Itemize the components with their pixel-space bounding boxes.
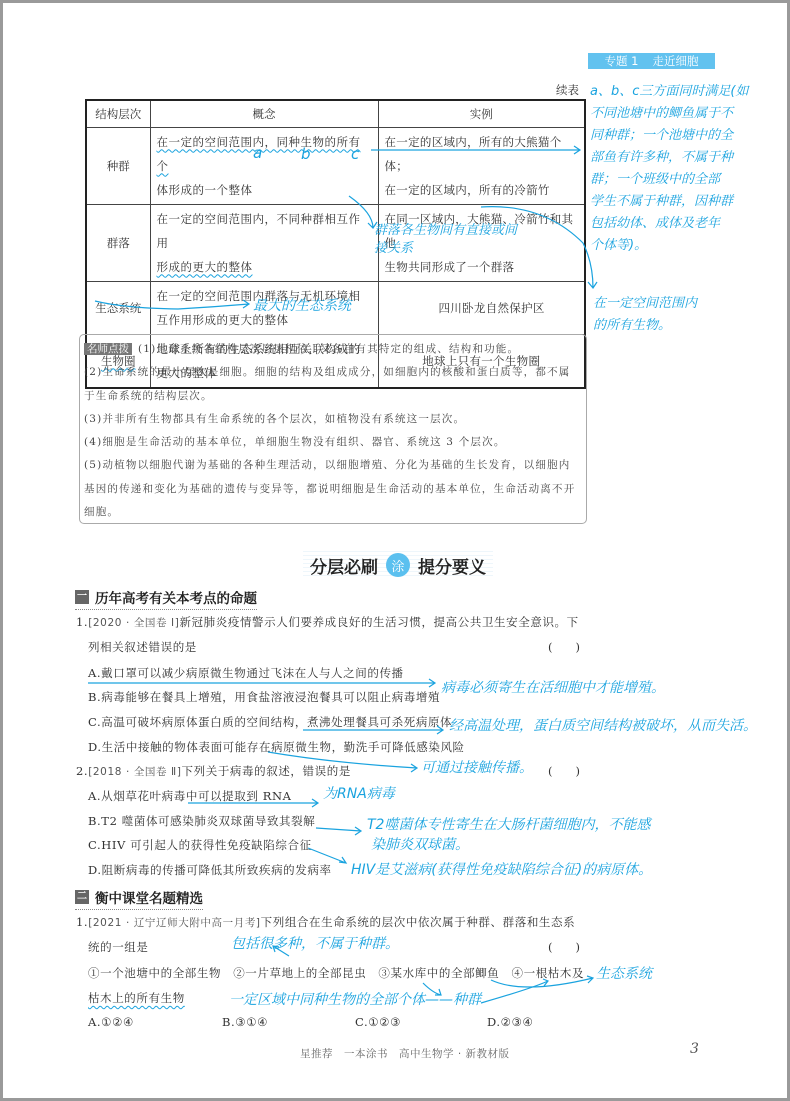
annot-a: a [253,144,262,162]
textbook-page: 专题 1 走近细胞 续表 结构层次 概念 实例 种群 在一定的空间范围内，同种生… [3,3,787,1098]
note-line: 在一定空间范围内 [593,293,697,315]
choice-b[interactable]: B.③①④ [222,1015,268,1029]
note-line: 学生不属于种群，因种群 [590,191,785,213]
option-d[interactable]: D.阻断病毒的传播可降低其所致疾病的发病率 [88,862,332,878]
header-concept: 概念 [150,100,378,127]
topic-title: 走近细胞 [652,53,698,69]
option-d[interactable]: D.生活中接触的物体表面可能存在病原微生物，勤洗手可降低感染风险 [88,739,465,755]
option-a[interactable]: A.戴口罩可以减少病原微生物通过飞沫在人与人之间的传播 [88,665,404,681]
page-footer: 星推荐 一本涂书 高中生物学 · 新教材版 [300,1046,510,1061]
question-source: [2020 · 全国卷 Ⅰ] [88,617,179,629]
question-2-stem: 2.[2018 · 全国卷 Ⅱ]下列关于病毒的叙述，错误的是 [76,763,351,779]
banner-circle-icon: 涂 [386,553,410,577]
header-level: 结构层次 [86,100,150,127]
question-text: 下列关于病毒的叙述，错误的是 [182,764,351,778]
example-text: 在一定的区域内，所有的冷箭竹 [385,183,550,197]
question-3-stem: 1.[2021 · 辽宁辽师大附中高一月考]下列组合在生命系统的层次中依次属于种… [76,914,575,930]
question-number: 2. [76,764,88,778]
note-line: 群落各生物间有直接或间 [374,222,517,240]
tip-item: (3)并非所有生物都具有生命系统的各个层次，如植物没有系统这一层次。 [84,408,582,431]
table-header-row: 结构层次 概念 实例 [86,100,585,127]
note-line: 群；一个班级中的全部 [590,169,785,191]
concept-text: 形成的更大的整体 [157,260,253,274]
section-mark-icon: 二 [75,890,89,904]
page-number: 3 [690,1041,699,1057]
side-note-community: 在一定空间范围内 的所有生物。 [593,293,697,337]
banner-left-text: 分层必刷 [310,553,378,578]
note-line: 接关系 [374,240,517,258]
side-note-population: a、b、c三方面同时满足(如 不同池塘中的鲫鱼属于不 同种群；一个池塘中的全 部… [590,81,785,257]
section1-heading: 一 历年高考有关本考点的命题 [75,587,257,610]
banner-right-text: 提分要义 [418,553,486,578]
tips-badge: 名师点拨 [84,343,132,355]
level-cell: 生态系统 [86,281,150,334]
q1-b-note: 病毒必须寄生在活细胞中才能增殖。 [441,677,665,697]
example-text: 四川卧龙自然保护区 [439,301,545,315]
answer-blank[interactable]: ( ) [548,639,580,655]
note-line: 不同池塘中的鲫鱼属于不 [590,103,785,125]
topic-number: 专题 1 [605,53,639,69]
level-cell: 种群 [86,127,150,204]
q2-a-note: 为RNA病毒 [323,783,395,803]
section2-heading: 二 衡中课堂名题精选 [75,887,203,910]
concept-cell: 在一定的空间范围内，不同种群相互作用 形成的更大的整体 [150,204,378,281]
note-line: 部鱼有许多种，不属于种 [590,147,785,169]
concept-text: 在一定的空间范围内，不同种群相互作用 [157,212,361,250]
concept-text: 体形成的一个整体 [157,183,253,197]
tip-item: 名师点拨(1)生命系统各结构层次层层相依，又各自有其特定的组成、结构和功能。 [84,338,582,361]
question-number: 1. [76,915,88,929]
option-c[interactable]: C.HIV 可引起人的获得性免疫缺陷综合征 [88,837,312,853]
question-source: [2018 · 全国卷 Ⅱ] [88,766,181,778]
option-a[interactable]: A.从烟草花叶病毒中可以提取到 RNA [88,788,292,804]
tip-item: (4)细胞是生命活动的基本单位，单细胞生物没有组织、器官、系统这 3 个层次。 [84,431,582,454]
question-3-stem-cont: 统的一组是 [88,939,149,955]
question-number: 1. [76,615,88,629]
note-line: T2噬菌体专性寄生在大肠杆菌细胞内，不能感 [367,815,650,835]
q2-b-note: T2噬菌体专性寄生在大肠杆菌细胞内，不能感 染肺炎双球菌。 [367,815,650,855]
q3-note-many-species: 包括很多种，不属于种群。 [231,933,399,953]
question-text: 下列组合在生命系统的层次中依次属于种群、群落和生态系 [261,915,576,929]
question-3-items-cont: 枯木上的所有生物 [88,990,185,1006]
example-text: 在一定的区域内，所有的大熊猫个体； [385,135,562,173]
option-b[interactable]: B.T2 噬菌体可感染肺炎双球菌导致其裂解 [88,813,315,829]
ecosystem-note: 群落各生物间有直接或间 接关系 [374,222,517,258]
note-line: 个体等)。 [590,235,785,257]
choice-c[interactable]: C.①②③ [355,1015,401,1029]
note-line: a、b、c三方面同时满足(如 [590,81,785,103]
section-title: 历年高考有关本考点的命题 [95,587,257,607]
example-cell: 四川卧龙自然保护区 [378,281,585,334]
concept-cell: 在一定的空间范围内，同种生物的所有个 体形成的一个整体 [150,127,378,204]
example-cell: 在一定的区域内，所有的大熊猫个体； 在一定的区域内，所有的冷箭竹 [378,127,585,204]
topic-tag: 专题 1 走近细胞 [588,53,715,69]
tip-item: (5)动植物以细胞代谢为基础的各种生理活动，以细胞增殖、分化为基础的生长发育，以… [84,454,582,524]
arrow-icon [308,848,346,863]
note-line: 染肺炎双球菌。 [367,835,650,855]
question-text: 新冠肺炎疫情警示人们要养成良好的生活习惯，提高公共卫生安全意识。下 [179,615,578,629]
question-1-stem: 1.[2020 · 全国卷 Ⅰ]新冠肺炎疫情警示人们要养成良好的生活习惯，提高公… [76,614,579,630]
example-text: 生物共同形成了一个群落 [385,260,515,274]
item-text: 枯木上的所有生物 [88,991,185,1005]
q1-d-note: 可通过接触传播。 [421,757,533,777]
question-source: [2021 · 辽宁辽师大附中高一月考] [88,917,260,929]
continued-label: 续表 [556,82,579,98]
section-title: 衡中课堂名题精选 [95,887,203,907]
table-row: 种群 在一定的空间范围内，同种生物的所有个 体形成的一个整体 在一定的区域内，所… [86,127,585,204]
q2-c-note: HIV是艾滋病(获得性免疫缺陷综合征)的病原体。 [351,859,652,879]
annot-c: c [351,145,359,163]
biosphere-note: 最大的生态系统 [253,295,351,315]
annot-b: b [301,145,311,163]
option-b[interactable]: B.病毒能够在餐具上增殖，用食盐溶液浸泡餐具可以阻止病毒增殖 [88,689,440,705]
level-cell: 群落 [86,204,150,281]
q3-note-ecosystem: 生态系统 [596,963,652,983]
tip-item: (2)生命系统的最小层次是细胞。细胞的结构及组成成分，如细胞内的核酸和蛋白质等，… [84,361,582,408]
q3-note-population: 一定区域中同种生物的全部个体——种群 [229,989,481,1009]
note-line: 包括幼体、成体及老年 [590,213,785,235]
q1-c-note: 经高温处理，蛋白质空间结构被破坏，从而失活。 [449,715,757,735]
question-1-stem-cont: 列相关叙述错误的是 [88,639,197,655]
note-line: 同种群；一个池塘中的全 [590,125,785,147]
section-banner: 分层必刷 涂 提分要义 [303,551,493,579]
arrow-icon [481,979,548,1003]
header-example: 实例 [378,100,585,127]
arrow-icon [316,827,361,835]
option-c[interactable]: C.高温可破坏病原体蛋白质的空间结构，煮沸处理餐具可杀死病原体 [88,714,452,730]
answer-blank[interactable]: ( ) [548,763,580,779]
answer-blank[interactable]: ( ) [548,939,580,955]
choice-d[interactable]: D.②③④ [487,1015,533,1029]
tip-text: (1)生命系统各结构层次层层相依，又各自有其特定的组成、结构和功能。 [138,343,519,355]
choice-a[interactable]: A.①②④ [88,1015,134,1029]
question-3-items: ①一个池塘中的全部生物 ②一片草地上的全部昆虫 ③某水库中的全部鲫鱼 ④一根枯木… [88,965,584,981]
teacher-tips-box: 名师点拨(1)生命系统各结构层次层层相依，又各自有其特定的组成、结构和功能。 (… [79,334,587,524]
section-mark-icon: 一 [75,590,89,604]
note-line: 的所有生物。 [593,315,697,337]
